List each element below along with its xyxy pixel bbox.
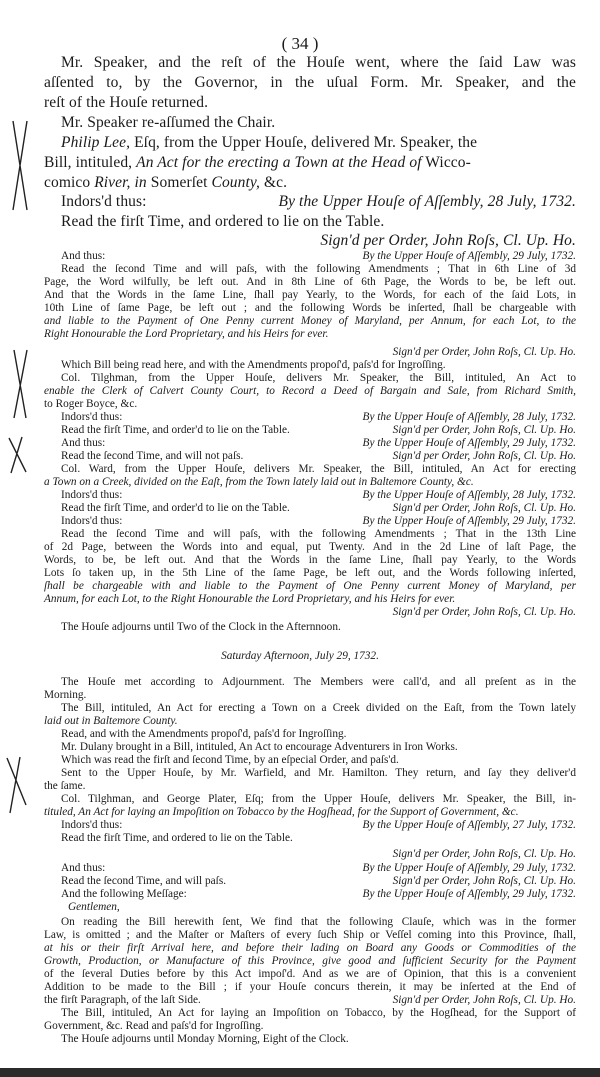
text-line: to Roger Boyce, &c. (44, 398, 576, 410)
journal-page: ( 34 ) Mr. Speaker, and the reſt of the … (0, 0, 600, 1077)
page-number: ( 34 ) (0, 34, 600, 54)
indorsement-value: By the Upper Houſe of Aſſembly, 28 July,… (363, 411, 576, 423)
text-line: of 2d Page, between the Words into and e… (44, 541, 576, 553)
text-line: Morning. (44, 689, 576, 701)
indorsement-value: By the Upper Houſe of Aſſembly, 29 July,… (363, 437, 576, 449)
text-line: comico River, in Somerſet County, &c. (44, 174, 576, 192)
text-line: Government, &c. Read and paſs'd for Ingr… (44, 1020, 576, 1032)
text-italic: Sign'd per Order, John Roſs, Cl. Up. Ho. (393, 346, 576, 358)
text-italic: Growth, Production, or Manufacture of th… (44, 955, 576, 967)
text-italic: a Town on a Creek, divided on the Eaſt, … (44, 476, 474, 488)
text-italic: Sign'd per Order, John Roſs, Cl. Up. Ho. (393, 875, 576, 887)
text-line: Growth, Production, or Manufacture of th… (44, 955, 576, 967)
text-line: of the ſeveral Duties before by this Act… (44, 968, 576, 980)
text-line: Col. Tilghman, and George Plater, Eſq; f… (44, 793, 576, 805)
salutation: Gentlemen, (44, 901, 600, 913)
name-italic: Philip Lee, (61, 134, 130, 151)
text-span: comico (44, 174, 94, 191)
indorsement-value: By the Upper Houſe of Aſſembly, 29 July,… (363, 250, 576, 262)
text-line: reſt of the Houſe returned. (44, 94, 576, 112)
text-italic: Sign'd per Order, John Roſs, Cl. Up. Ho. (393, 994, 576, 1006)
text-italic: Sign'd per Order, John Roſs, Cl. Up. Ho. (393, 424, 576, 436)
text-line: the ſame. (44, 780, 576, 792)
signature-line: Sign'd per Order, John Roſs, Cl. Up. Ho. (393, 875, 576, 887)
text-line: aſſented to, by the Governor, in the uſu… (44, 74, 576, 92)
text-italic: laid out in Baltemore County. (44, 715, 178, 727)
text-line: Law, is omitted ; and the Maſter or Maſt… (44, 929, 576, 941)
text-line: The Bill, intituled, An Act for erecting… (44, 702, 576, 714)
text-line: at his or their firſt Arrival here, and … (44, 942, 576, 954)
indorsement-value: By the Upper Houſe of Aſſembly, 29 July,… (363, 888, 576, 900)
text-italic: By the Upper Houſe of Aſſembly, 29 July,… (363, 515, 576, 527)
text-line: Which was read the firſt and ſecond Time… (44, 754, 593, 766)
text-italic: By the Upper Houſe of Aſſembly, 29 July,… (363, 250, 576, 262)
text-italic: Sign'd per Order, John Roſs, Cl. Up. Ho. (393, 848, 576, 860)
text-line: The Houſe adjourns until Two of the Cloc… (44, 621, 593, 633)
text-line: Read, and with the Amendments propoſ'd, … (44, 728, 593, 740)
text-italic: By the Upper Houſe of Aſſembly, 29 July,… (363, 437, 576, 449)
text-span: &c. (260, 174, 287, 191)
text-italic: Right Honourable the Lord Proprietary, a… (44, 328, 328, 340)
text-italic: Gentlemen, (68, 901, 120, 913)
signature-line: Sign'd per Order, John Roſs, Cl. Up. Ho. (320, 232, 576, 250)
text-span: Eſq, from the Upper Houſe, delivered Mr.… (130, 134, 477, 151)
text-line: Read the firſt Time, and ordered to lie … (44, 832, 593, 844)
text-line: The Houſe met according to Adjournment. … (44, 676, 576, 688)
text-span: Somerſet (151, 174, 212, 191)
signature-line: Sign'd per Order, John Roſs, Cl. Up. Ho. (393, 424, 576, 436)
section-heading: Saturday Afternoon, July 29, 1732. (0, 650, 600, 662)
text-italic: Sign'd per Order, John Roſs, Cl. Up. Ho. (393, 502, 576, 514)
text-italic: Sign'd per Order, John Roſs, Cl. Up. Ho. (320, 232, 576, 249)
text-line: Col. Tilghman, from the Upper Houſe, del… (44, 372, 576, 384)
signature-line: Sign'd per Order, John Roſs, Cl. Up. Ho. (393, 994, 576, 1006)
text-line: Words, to be, be left out. And that the … (44, 554, 576, 566)
margin-x-mark-icon (6, 435, 28, 475)
text-line: Mr. Dulany brought in a Bill, intituled,… (44, 741, 593, 753)
text-line: Which Bill being read here, and with the… (44, 359, 593, 371)
text-italic: By the Upper Houſe of Aſſembly, 28 July,… (363, 411, 576, 423)
text-italic: tituled, An Act for laying an Impoſition… (44, 806, 519, 818)
text-line: Read the firſt Time, and ordered to lie … (44, 213, 593, 231)
signature-line: Sign'd per Order, John Roſs, Cl. Up. Ho. (393, 346, 576, 358)
signature-line: Sign'd per Order, John Roſs, Cl. Up. Ho. (393, 502, 576, 514)
text-line: Lots ſo taken up, in the 5th Line of the… (44, 567, 576, 579)
text-line: 10th Line of ſame Page, be left out ; an… (44, 302, 576, 314)
text-line: On reading the Bill herewith ſent, We fi… (44, 916, 576, 928)
text-italic: Annum, for each Lot, to the Right Honour… (44, 593, 455, 605)
indorsement-value: By the Upper Houſe of Aſſembly, 29 July,… (363, 862, 576, 874)
text-line: Bill, intituled, An Act for the erecting… (44, 154, 576, 172)
text-italic: County, (212, 174, 261, 191)
signature-line: Sign'd per Order, John Roſs, Cl. Up. Ho. (393, 606, 576, 618)
text-italic: By the Upper Houſe of Aſſembly, 28 July,… (363, 489, 576, 501)
indorsement-value: By the Upper Houſe of Aſſembly, 28 July,… (363, 489, 576, 501)
text-line: a Town on a Creek, divided on the Eaſt, … (44, 476, 576, 488)
text-span: Bill, intituled, (44, 154, 136, 171)
signature-line: Sign'd per Order, John Roſs, Cl. Up. Ho. (393, 848, 576, 860)
text-line: Read the ſecond Time and will paſs, with… (44, 528, 576, 540)
margin-x-mark-icon (10, 348, 30, 420)
text-line: Col. Ward, from the Upper Houſe, deliver… (44, 463, 576, 475)
text-italic: in (131, 174, 151, 191)
bill-title-italic: An Act for the erecting a Town at the He… (136, 154, 421, 171)
signature-line: Sign'd per Order, John Roſs, Cl. Up. Ho. (393, 450, 576, 462)
text-line: Page, the Word wilfully, be left out. An… (44, 276, 576, 288)
text-line: Mr. Speaker, and the reſt of the Houſe w… (44, 54, 576, 72)
text-italic: ſhall be chargeable with and liable to t… (44, 580, 576, 592)
text-italic: By the Upper Houſe of Aſſembly, 29 July,… (363, 888, 576, 900)
indorsement-value: By the Upper Houſe of Aſſembly, 29 July,… (363, 515, 576, 527)
text-italic: at his or their firſt Arrival here, and … (44, 942, 576, 954)
text-line: And that the Words in the ſame Line, ſha… (44, 289, 576, 301)
text-line: The Bill, intituled, An Act for laying a… (44, 1007, 576, 1019)
scan-edge (0, 1068, 600, 1077)
text-line: tituled, An Act for laying an Impoſition… (44, 806, 576, 818)
text-italic: and liable to the Payment of One Penny c… (44, 315, 576, 327)
indorsement-value: By the Upper Houſe of Aſſembly, 27 July,… (363, 819, 576, 831)
text-italic: By the Upper Houſe of Aſſembly, 29 July,… (363, 862, 576, 874)
text-line: Sent to the Upper Houſe, by Mr. Warfield… (44, 767, 576, 779)
text-line: laid out in Baltemore County. (44, 715, 576, 727)
text-line: Mr. Speaker re-aſſumed the Chair. (44, 114, 593, 132)
text-line: enable the Clerk of Calvert County Court… (44, 385, 576, 397)
text-line: ſhall be chargeable with and liable to t… (44, 580, 576, 592)
margin-x-mark-icon (4, 755, 28, 815)
text-italic: River, (94, 174, 130, 191)
text-italic: enable the Clerk of Calvert County Court… (44, 385, 576, 397)
text-line: Annum, for each Lot, to the Right Honour… (44, 593, 576, 605)
text-span: Wicco- (422, 154, 471, 171)
text-italic: By the Upper Houſe of Aſſembly, 27 July,… (363, 819, 576, 831)
text-line: Philip Lee, Eſq, from the Upper Houſe, d… (44, 134, 593, 152)
text-line: The Houſe adjourns until Monday Morning,… (44, 1033, 593, 1045)
text-line: Addition to be made to the Bill ; if you… (44, 981, 576, 993)
indorsement-value: By the Upper Houſe of Aſſembly, 28 July,… (279, 193, 576, 211)
text-italic: Sign'd per Order, John Roſs, Cl. Up. Ho. (393, 450, 576, 462)
margin-x-mark-icon (10, 118, 30, 213)
text-line: and liable to the Payment of One Penny c… (44, 315, 576, 327)
text-line: Right Honourable the Lord Proprietary, a… (44, 328, 576, 340)
text-italic: Saturday Afternoon, July 29, 1732. (221, 650, 379, 662)
text-italic: Sign'd per Order, John Roſs, Cl. Up. Ho. (393, 606, 576, 618)
text-italic: By the Upper Houſe of Aſſembly, 28 July,… (279, 193, 576, 210)
text-line: Read the ſecond Time and will paſs, with… (44, 263, 576, 275)
